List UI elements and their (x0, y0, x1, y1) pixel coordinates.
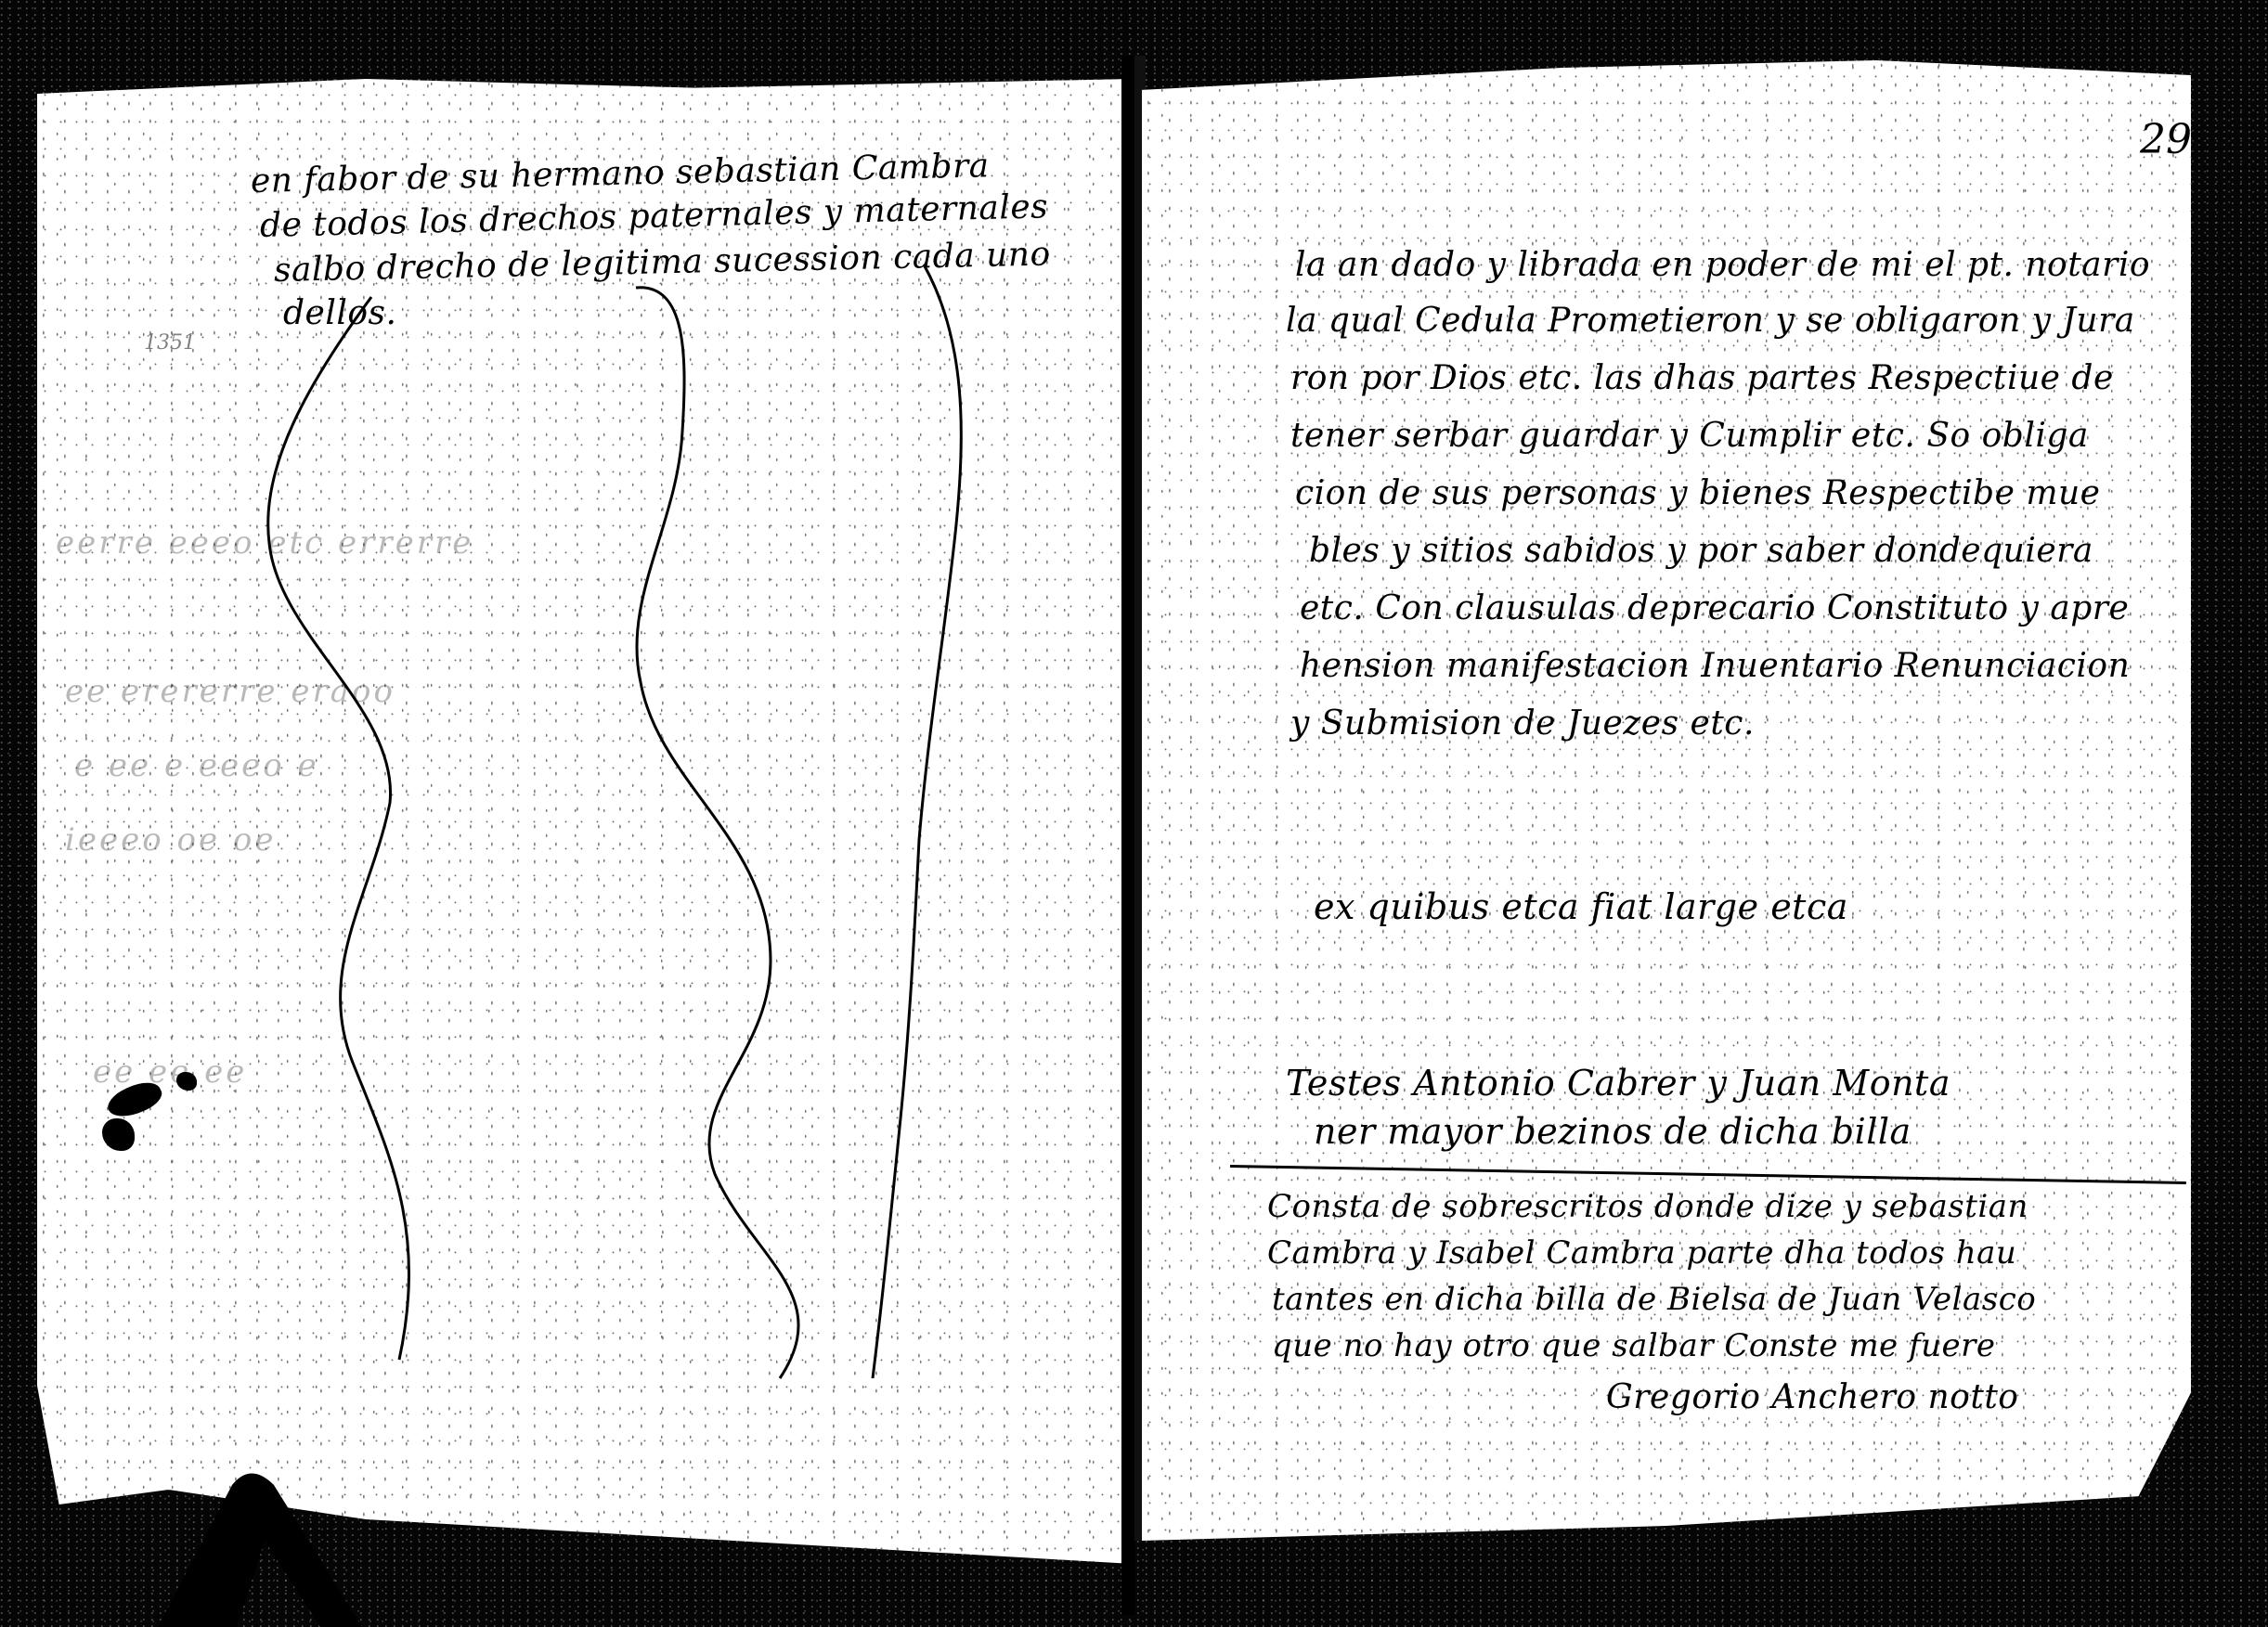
notary-signature: Gregorio Anchero notto (1606, 1378, 2018, 1416)
closing-formula: ex quibus etca fiat large etca (1314, 886, 1848, 927)
text-line: la an dado y librada en poder de mi el p… (1295, 246, 2150, 284)
folio-number: 29 (2140, 116, 2191, 163)
attestation-line: que no hay otro que salbar Conste me fue… (1272, 1327, 1995, 1364)
attestation-line: tantes en dicha billa de Bielsa de Juan … (1272, 1281, 2036, 1318)
text-line: cion de sus personas y bienes Respectibe… (1295, 474, 2100, 512)
cancellation-lines (37, 79, 1133, 1564)
left-page: 1351 eerre eeeo etc errerre ee erererre … (37, 79, 1133, 1564)
attestation-line: Cambra y Isabel Cambra parte dha todos h… (1267, 1234, 2016, 1272)
separator-rule (1230, 1165, 2186, 1184)
book-clamp-shape (149, 1457, 371, 1627)
right-page: 29 la an dado y librada en poder de mi e… (1142, 60, 2191, 1541)
ink-blot (176, 1072, 197, 1091)
witness-line: Testes Antonio Cabrer y Juan Monta (1286, 1063, 1950, 1104)
page-gutter (1121, 56, 1134, 1615)
text-line: tener serbar guardar y Cumplir etc. So o… (1290, 417, 2089, 455)
text-line: ron por Dios etc. las dhas partes Respec… (1290, 359, 2114, 397)
text-line: la qual Cedula Prometieron y se obligaro… (1286, 302, 2135, 340)
text-line: bles y sitios sabidos y por saber dondeq… (1309, 532, 2093, 570)
text-line: hension manifestacion Inuentario Renunci… (1300, 647, 2130, 685)
witness-line: ner mayor bezinos de dicha billa (1314, 1111, 1912, 1152)
text-line: etc. Con clausulas deprecario Constituto… (1300, 589, 2129, 627)
text-line: y Submision de Juezes etc. (1290, 704, 1755, 742)
attestation-line: Consta de sobrescritos donde dize y seba… (1267, 1188, 2028, 1225)
